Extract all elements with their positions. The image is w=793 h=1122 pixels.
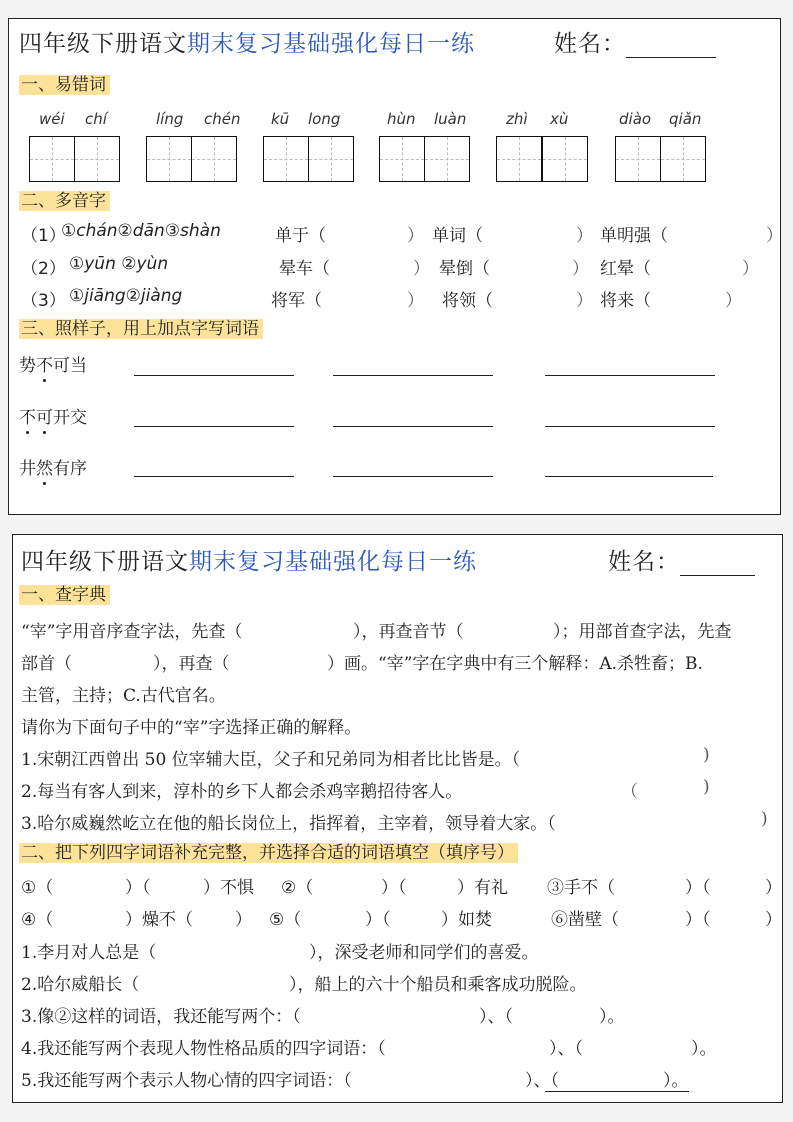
answer-line[interactable] (134, 426, 294, 427)
close-paren: ） (572, 254, 589, 279)
answer-line[interactable] (333, 426, 493, 427)
close-paren: ） (725, 286, 742, 311)
question-text[interactable]: ）、（ (479, 1002, 513, 1027)
close-paren: ） (576, 221, 593, 246)
pinyin: wéi (39, 110, 65, 128)
pinyin-readings: ①chán②dān③shàn (61, 221, 221, 241)
name-input-line[interactable] (680, 553, 755, 576)
idiom-blank[interactable]: ）（ (125, 873, 151, 898)
pinyin: chén (204, 110, 241, 128)
word-blank[interactable]: 将领（ (442, 286, 493, 311)
name-label: 姓名： (608, 549, 680, 575)
answer-paren[interactable]: （ (621, 777, 638, 802)
name-label: 姓名： (554, 31, 626, 57)
text: “宰”字用音序查字法，先查（ (21, 617, 242, 642)
pinyin: long (308, 110, 340, 128)
question-text[interactable]: 2.哈尔威船长（ (21, 970, 139, 995)
tianzige-box[interactable] (74, 136, 120, 182)
dotted-char: 不 (36, 351, 53, 376)
blank-text[interactable]: ），再查（ (153, 649, 230, 674)
idiom-suffix: ） (765, 873, 782, 898)
pinyin: diào (619, 110, 651, 128)
tianzige-box[interactable] (496, 136, 542, 182)
idiom-blank[interactable]: ）（ (685, 905, 711, 930)
close-paren: ） (407, 221, 424, 246)
title-subject: 期末复习基础强化每日一练 (189, 549, 477, 575)
tianzige-box[interactable] (29, 136, 75, 182)
text: 主管，主持；C.古代官名。 (21, 681, 226, 706)
close-paren: ） (742, 254, 759, 279)
name-input-line[interactable] (626, 35, 716, 58)
question-text: ），深受老师和同学们的喜爱。 (309, 938, 539, 963)
tianzige-box[interactable] (146, 136, 192, 182)
worksheet-card-2: 四年级下册语文期末复习基础强化每日一练 姓名： 一、查字典 “宰”字用音序查字法… (12, 534, 783, 1103)
idiom-blank[interactable]: ）（ (381, 873, 407, 898)
answer-paren[interactable]: ) (761, 809, 768, 829)
section-heading-1: 一、查字典 (19, 579, 110, 611)
word-blank[interactable]: 将军（ (271, 286, 322, 311)
answer-underline[interactable] (545, 1091, 689, 1092)
prompt-text: 请你为下面句子中的“宰”字选择正确的解释。 (21, 713, 361, 738)
blank-text[interactable]: 部首（ (21, 649, 72, 674)
worksheet-card-1: 四年级下册语文期末复习基础强化每日一练 姓名： 一、易错词 wéi chí lí… (8, 18, 781, 515)
question-text: 1.宋朝江西曾出 50 位宰辅大臣，父子和兄弟同为相者比比皆是。（ (21, 745, 520, 770)
blank-text[interactable]: ）；用部首查字法，先查 (553, 617, 732, 642)
answer-paren[interactable]: ) (703, 745, 710, 765)
tianzige-box[interactable] (379, 136, 425, 182)
title-grade: 四年级下册语文 (19, 31, 187, 57)
question-text[interactable]: ）、（ (549, 1034, 583, 1059)
close-paren: ） (413, 254, 430, 279)
idiom-blank[interactable]: ②（ (281, 873, 313, 898)
answer-line[interactable] (333, 375, 493, 376)
idiom-suffix: ）如焚 (441, 905, 492, 930)
pinyin: xù (550, 110, 568, 128)
question-text: 3.哈尔威巍然屹立在他的船长岗位上，指挥着，主宰着，领导着大家。（ (21, 809, 556, 834)
section-heading-text: 二、把下列四字词语补充完整，并选择合适的词语填空（填序号） (19, 843, 518, 863)
row-number: （1） (21, 221, 66, 246)
name-field: 姓名： (554, 25, 716, 58)
idiom-blank[interactable]: ⑥凿壁（ (551, 905, 619, 930)
worksheet-title: 四年级下册语文期末复习基础强化每日一练 (19, 25, 475, 58)
idiom-blank[interactable]: ①（ (21, 873, 53, 898)
question-text: ）。 (663, 1066, 689, 1091)
answer-line[interactable] (545, 375, 715, 376)
section-heading-1: 一、易错词 (19, 69, 110, 101)
question-text: ）。 (599, 1002, 625, 1027)
tianzige-box[interactable] (263, 136, 309, 182)
name-field: 姓名： (608, 543, 755, 576)
question-text[interactable]: 1.李月对人总是（ (21, 938, 156, 963)
pinyin: chí (85, 110, 107, 128)
tianzige-box[interactable] (191, 136, 237, 182)
pinyin: luàn (434, 110, 466, 128)
idiom-blank[interactable]: ③手不（ (547, 873, 615, 898)
answer-line[interactable] (134, 375, 294, 376)
question-text: 2.每当有客人到来，淳朴的乡下人都会杀鸡宰鹅招待客人。 (21, 777, 462, 802)
pinyin-readings: ①yūn ②yùn (69, 254, 168, 274)
blank-text[interactable]: ）画。“宰”字在字典中有三个解释：A.杀牲畜；B. (327, 649, 703, 674)
idiom-blank[interactable]: ）（ (685, 873, 711, 898)
section-heading-text: 二、多音字 (19, 191, 110, 211)
word-blank[interactable]: 将来（ (600, 286, 651, 311)
answer-line[interactable] (545, 476, 713, 477)
close-paren: ） (407, 286, 424, 311)
idiom-blank[interactable]: ⑤（ (269, 905, 301, 930)
section-heading-2: 二、把下列四字词语补充完整，并选择合适的词语填空（填序号） (19, 837, 518, 869)
idiom-suffix: ） (235, 905, 252, 930)
row-number: （3） (21, 286, 66, 311)
question-text[interactable]: 5.我还能写两个表示人物心情的四字词语：（ (21, 1066, 352, 1091)
title-subject: 期末复习基础强化每日一练 (187, 31, 475, 57)
section-heading-3: 三、照样子，用上加点字写词语 (19, 313, 263, 345)
section-heading-text: 一、易错词 (19, 75, 110, 95)
question-text: ），船上的六十个船员和乘客成功脱险。 (289, 970, 587, 995)
section-heading-text: 三、照样子，用上加点字写词语 (19, 319, 263, 339)
idiom-suffix: ）不惧 (203, 873, 254, 898)
question-text: ）。 (691, 1034, 717, 1059)
title-grade: 四年级下册语文 (21, 549, 189, 575)
tianzige-box[interactable] (660, 136, 706, 182)
word-blank[interactable]: 红晕（ (600, 254, 651, 279)
idiom-blank[interactable]: ）燥不（ (125, 905, 193, 930)
tianzige-box[interactable] (615, 136, 661, 182)
idiom-suffix: ） (765, 905, 782, 930)
example-word: 势不可当 (19, 351, 87, 376)
idiom-suffix: ）有礼 (457, 873, 508, 898)
example-word: 不可开交 (19, 403, 87, 428)
pinyin: zhì (506, 110, 528, 128)
idiom-blank[interactable]: ）（ (365, 905, 391, 930)
question-text[interactable]: 3.像②这样的词语，我还能写两个：（ (21, 1002, 301, 1027)
answer-paren[interactable]: ) (703, 777, 710, 797)
answer-line[interactable] (545, 426, 715, 427)
question-text[interactable]: ）、（ (525, 1066, 559, 1091)
tianzige-box[interactable] (308, 136, 354, 182)
answer-line[interactable] (134, 476, 294, 477)
word-blank[interactable]: 单词（ (432, 221, 483, 246)
word-blank[interactable]: 单明强（ (600, 221, 668, 246)
pinyin-readings: ①jiāng②jiàng (69, 286, 182, 306)
section-heading-text: 一、查字典 (19, 585, 110, 605)
dotted-char: 不 (19, 403, 36, 428)
idiom-blank[interactable]: ④（ (21, 905, 53, 930)
question-text[interactable]: 4.我还能写两个表现人物性格品质的四字词语：（ (21, 1034, 386, 1059)
word-blank[interactable]: 晕倒（ (439, 254, 490, 279)
dotted-char: 可 (36, 403, 53, 428)
row-number: （2） (21, 254, 66, 279)
dotted-char: 然 (36, 454, 53, 479)
word-blank[interactable]: 晕车（ (279, 254, 330, 279)
worksheet-title: 四年级下册语文期末复习基础强化每日一练 (21, 543, 477, 576)
pinyin: hùn (387, 110, 416, 128)
section-heading-2: 二、多音字 (19, 185, 110, 217)
pinyin: qiǎn (669, 110, 701, 128)
close-paren: ） (576, 286, 593, 311)
answer-line[interactable] (333, 476, 493, 477)
blank-text[interactable]: ），再查音节（ (353, 617, 464, 642)
example-word: 井然有序 (19, 454, 87, 479)
pinyin: kū (271, 110, 289, 128)
pinyin: líng (156, 110, 183, 128)
tianzige-box[interactable] (424, 136, 470, 182)
tianzige-box[interactable] (542, 136, 588, 182)
word-blank[interactable]: 单于（ (275, 221, 326, 246)
close-paren: ） (766, 221, 783, 246)
